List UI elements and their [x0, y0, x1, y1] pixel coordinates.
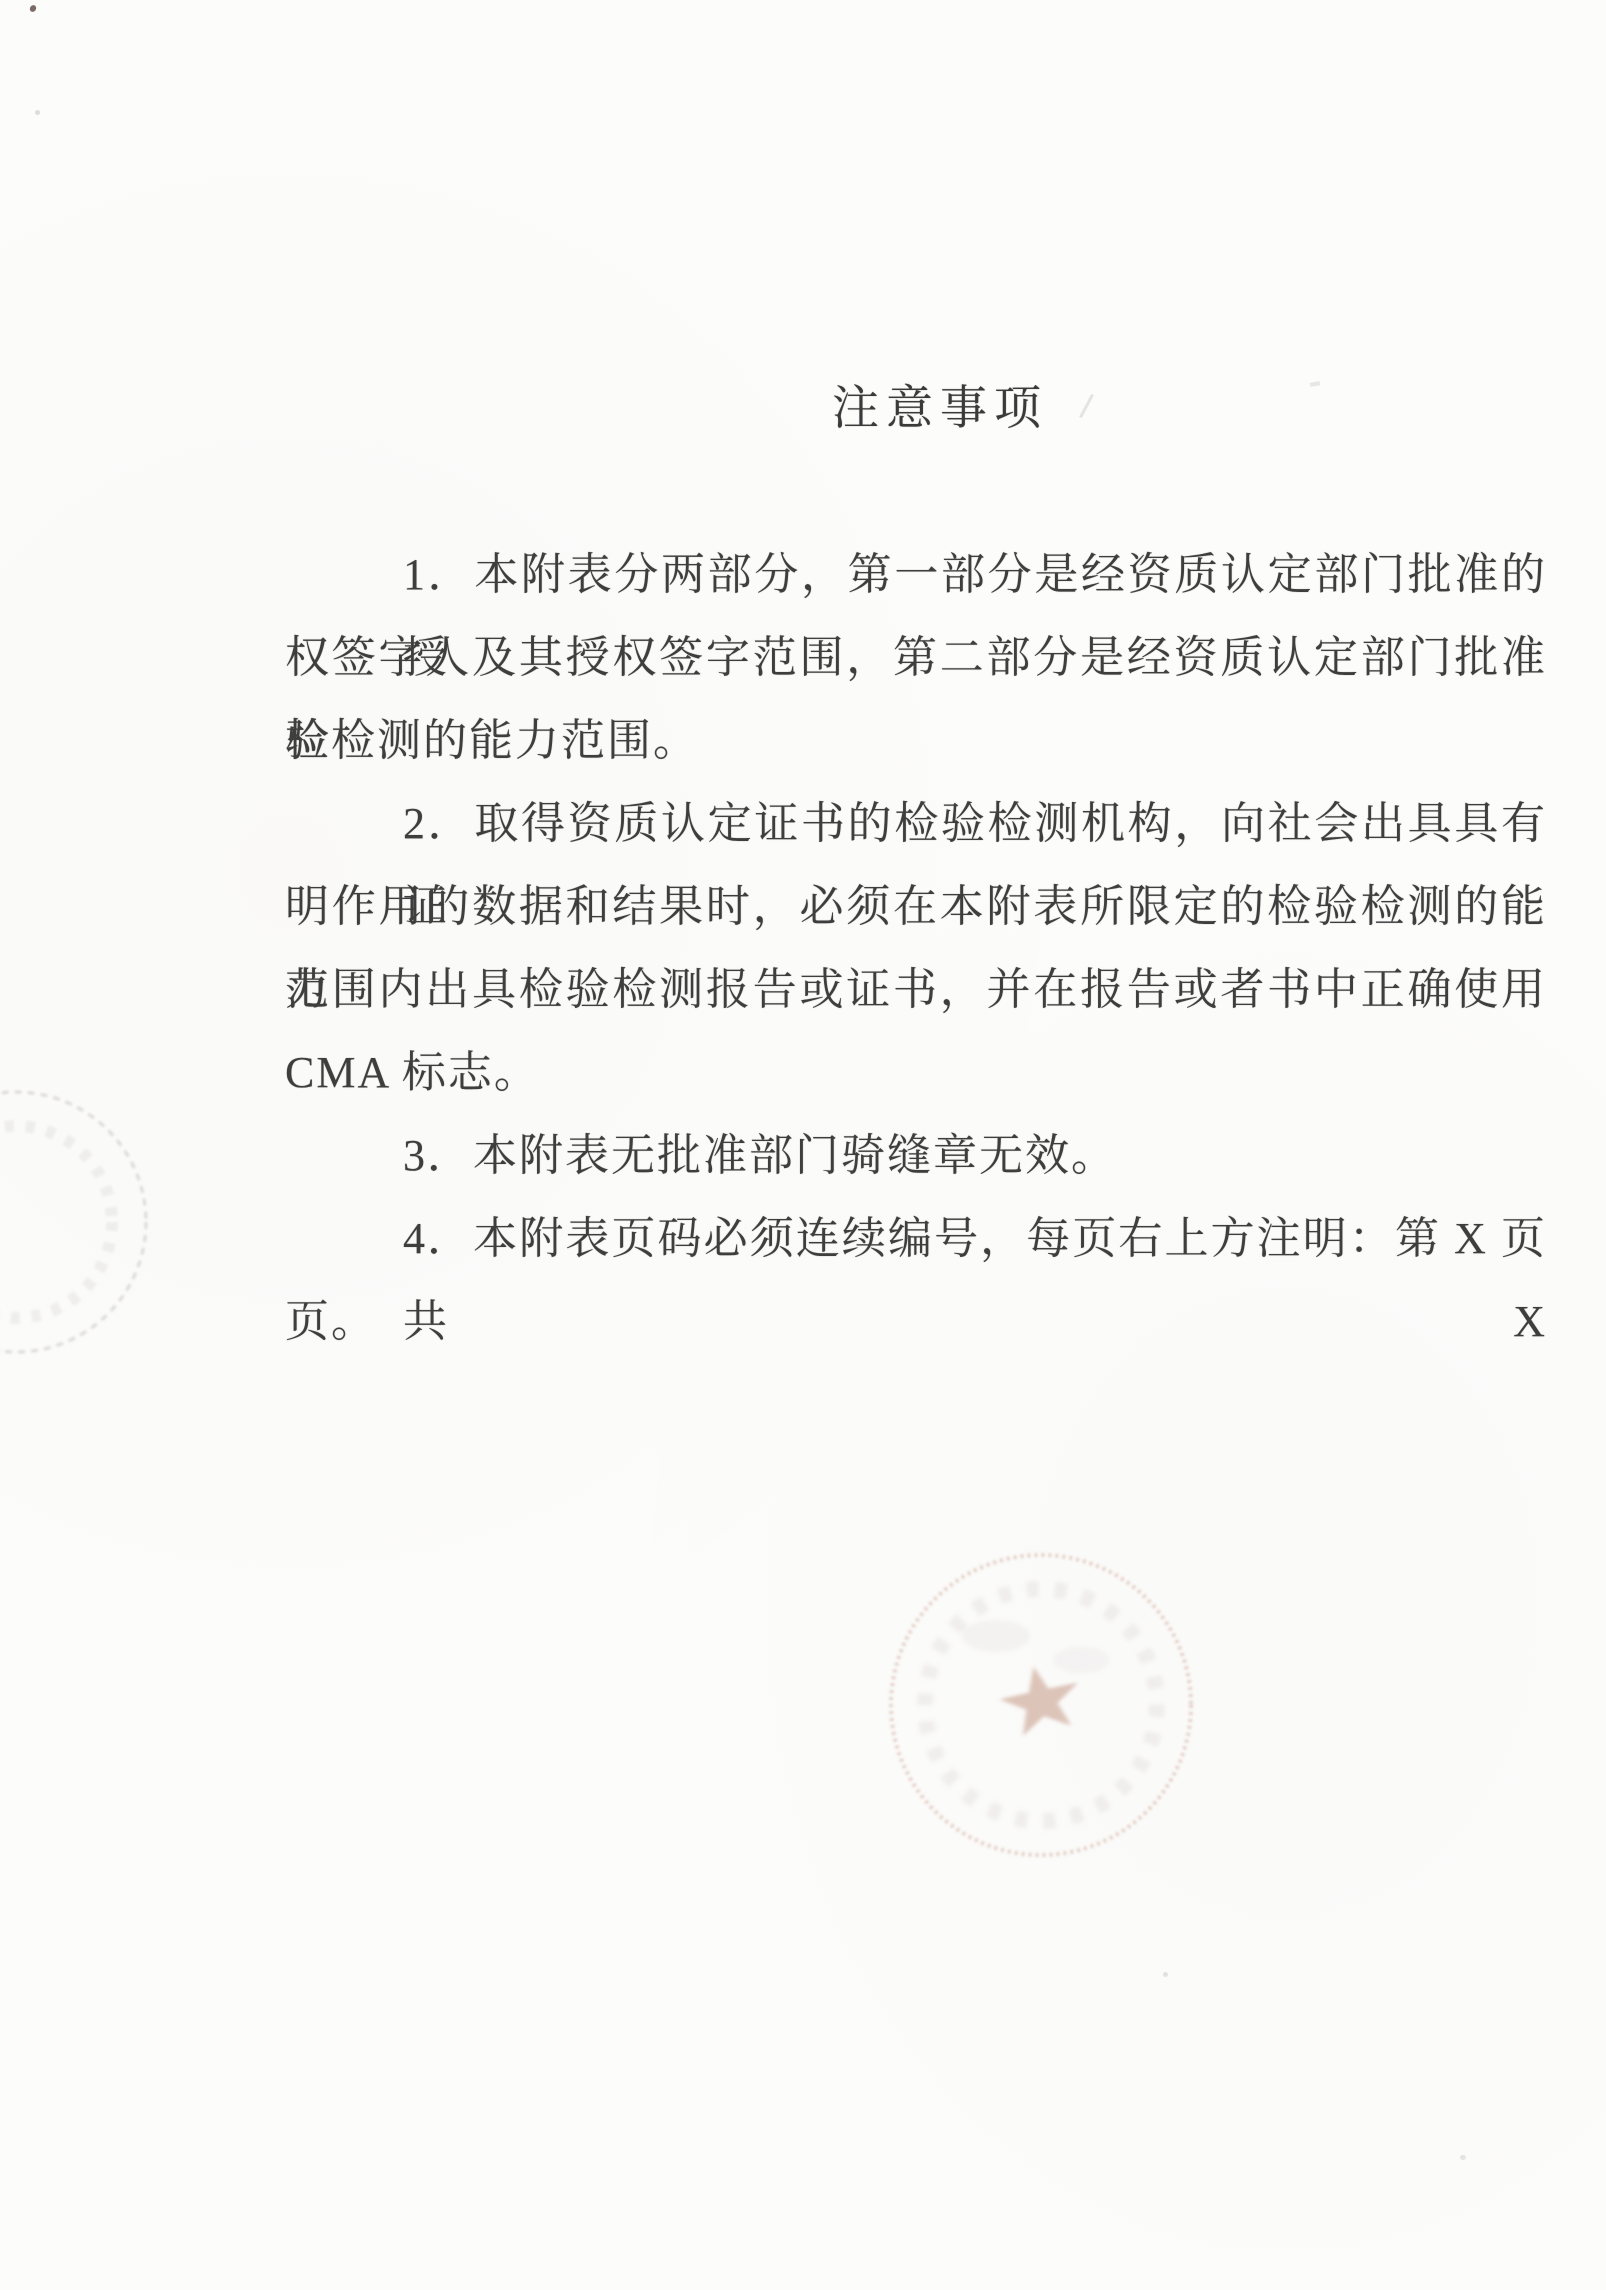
notes-item: 3．本附表无批准部门骑缝章无效。	[285, 1114, 1547, 1197]
official-seal-stamp	[876, 1540, 1206, 1870]
edge-seal-inner-marks	[0, 1126, 112, 1318]
edge-seal-stamp	[0, 1078, 170, 1378]
seal-smudge	[962, 1620, 1030, 1652]
notes-text-line: CMA 标志。	[285, 1031, 1547, 1114]
notes-list: 1．本附表分两部分，第一部分是经资质认定部门批准的授权签字人及其授权签字范围，第…	[285, 533, 1547, 1363]
notes-item: 2．取得资质认定证书的检验检测机构，向社会出具具有证明作用的数据和结果时，必须在…	[285, 782, 1547, 1114]
scan-speck	[29, 4, 38, 13]
notes-text-line: 明作用的数据和结果时，必须在本附表所限定的检验检测的能力	[285, 865, 1547, 948]
scan-speck	[1460, 2155, 1466, 2160]
seal-smudge	[1053, 1646, 1109, 1674]
page-title: 注意事项	[285, 371, 1547, 438]
scan-speck	[1163, 1972, 1168, 1977]
seal-ring-text-marks	[925, 1589, 1157, 1821]
notes-item: 4．本附表页码必须连续编号，每页右上方注明：第 X 页共 X页。	[285, 1197, 1547, 1363]
notes-text-line: 权签字人及其授权签字范围，第二部分是经资质认定部门批准检	[285, 616, 1547, 699]
notes-text-line: 2．取得资质认定证书的检验检测机构，向社会出具具有证	[285, 782, 1547, 865]
notes-text-line: 1．本附表分两部分，第一部分是经资质认定部门批准的授	[285, 533, 1547, 616]
seal-outer-ring	[891, 1555, 1191, 1855]
scan-speck	[35, 110, 40, 115]
notes-item: 1．本附表分两部分，第一部分是经资质认定部门批准的授权签字人及其授权签字范围，第…	[285, 533, 1547, 782]
notes-text-line: 3．本附表无批准部门骑缝章无效。	[285, 1114, 1547, 1197]
notes-text-line: 范围内出具检验检测报告或证书，并在报告或者书中正确使用	[285, 948, 1547, 1031]
star-icon	[994, 1658, 1086, 1739]
document-page: 注意事项 1．本附表分两部分，第一部分是经资质认定部门批准的授权签字人及其授权签…	[0, 0, 1606, 2290]
notes-text-line: 4．本附表页码必须连续编号，每页右上方注明：第 X 页共 X	[285, 1197, 1547, 1280]
notes-text-line: 验检测的能力范围。	[285, 699, 1547, 782]
edge-seal-ring	[0, 1092, 146, 1352]
